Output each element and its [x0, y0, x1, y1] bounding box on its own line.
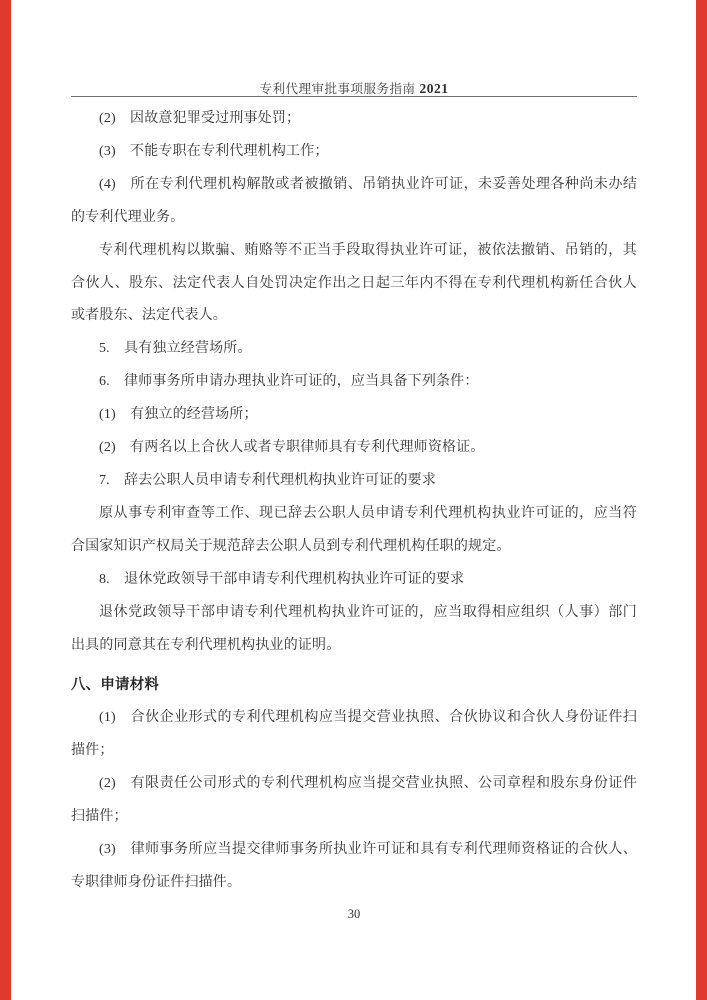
right-red-border — [696, 0, 707, 1000]
left-red-border — [0, 0, 11, 1000]
page-header: 专利代理审批事项服务指南2021 — [71, 79, 637, 97]
document-body: (2) 因故意犯罪受过刑事处罚；(3) 不能专职在专利代理机构工作；(4) 所在… — [71, 103, 637, 900]
paragraph: 专利代理机构以欺骗、贿赂等不正当手段取得执业许可证，被依法撤销、吊销的，其合伙人… — [71, 235, 637, 334]
paragraph: 原从事专利审查等工作、现已辞去公职人员申请专利代理机构执业许可证的，应当符合国家… — [71, 498, 637, 564]
paragraph: (3) 不能专职在专利代理机构工作； — [71, 136, 637, 169]
section-heading: 八、申请材料 — [71, 669, 637, 702]
paragraph: (2) 因故意犯罪受过刑事处罚； — [71, 103, 637, 136]
paragraph: (4) 所在专利代理机构解散或者被撤销、吊销执业许可证，未妥善处理各种尚未办结的… — [71, 169, 637, 235]
header-title: 专利代理审批事项服务指南 — [259, 82, 415, 96]
paragraph: 5. 具有独立经营场所。 — [71, 333, 637, 366]
paragraph: 7. 辞去公职人员申请专利代理机构执业许可证的要求 — [71, 465, 637, 498]
paragraph: (1) 合伙企业形式的专利代理机构应当提交营业执照、合伙协议和合伙人身份证件扫描… — [71, 702, 637, 768]
paragraph: 退休党政领导干部申请专利代理机构执业许可证的，应当取得相应组织（人事）部门出具的… — [71, 597, 637, 663]
paragraph: (1) 有独立的经营场所； — [71, 399, 637, 432]
paragraph: (2) 有限责任公司形式的专利代理机构应当提交营业执照、公司章程和股东身份证件扫… — [71, 768, 637, 834]
paragraph: (3) 律师事务所应当提交律师事务所执业许可证和具有专利代理师资格证的合伙人、专… — [71, 834, 637, 900]
paragraph: 6. 律师事务所申请办理执业许可证的，应当具备下列条件： — [71, 366, 637, 399]
paragraph: 8. 退休党政领导干部申请专利代理机构执业许可证的要求 — [71, 564, 637, 597]
paragraph: (2) 有两名以上合伙人或者专职律师具有专利代理师资格证。 — [71, 432, 637, 465]
page-number: 30 — [71, 907, 637, 922]
document-page: 专利代理审批事项服务指南2021 (2) 因故意犯罪受过刑事处罚；(3) 不能专… — [0, 0, 707, 1000]
header-rule — [71, 96, 637, 97]
header-year: 2021 — [420, 81, 449, 96]
